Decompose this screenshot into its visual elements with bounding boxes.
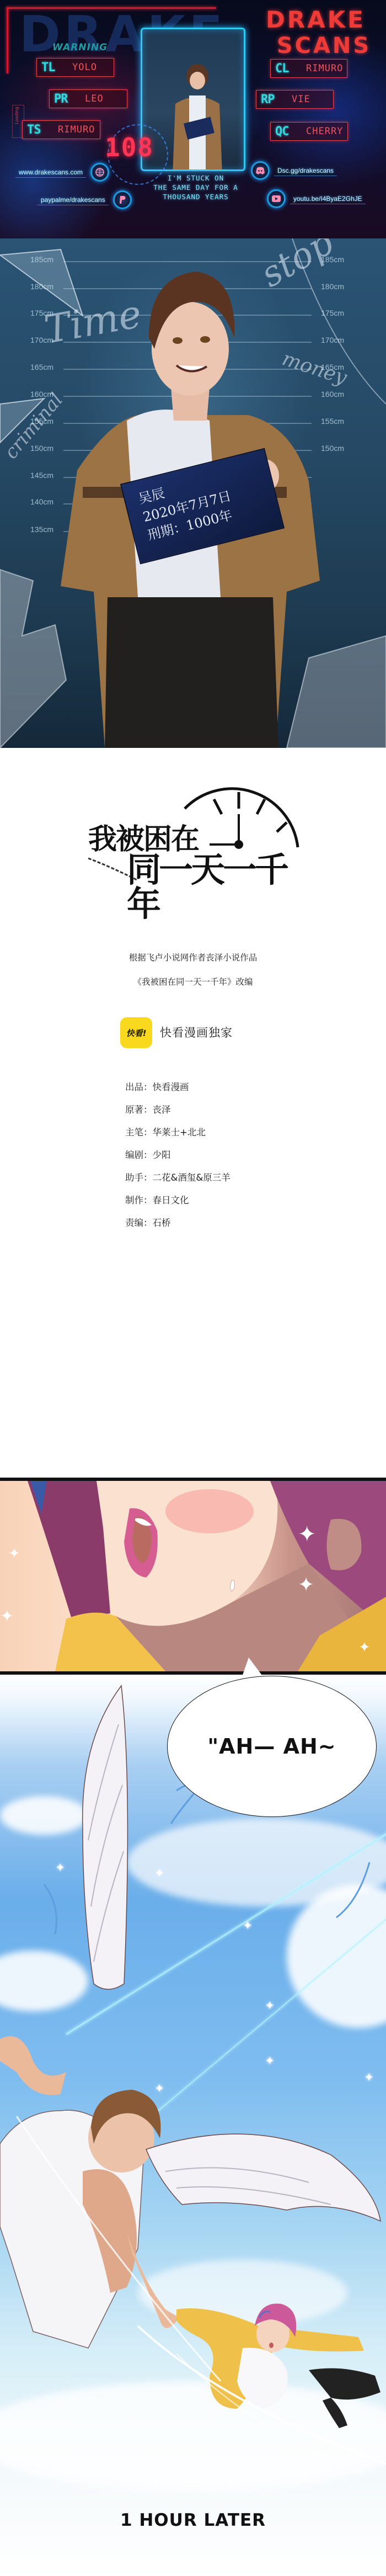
- staff-role: QC: [275, 125, 299, 139]
- credit-row: 责编：石桥: [125, 1215, 171, 1229]
- staff-credit-ts: TS RIMURO: [22, 120, 100, 139]
- discord-link-label[interactable]: Dsc.gg/drakescans: [274, 166, 337, 176]
- loading-label: Loading: [14, 107, 19, 124]
- staff-name: VIE: [292, 94, 310, 105]
- youtube-icon: [267, 189, 286, 208]
- website-link[interactable]: www.drakescans.com: [15, 163, 109, 182]
- staff-name: CHERRY: [306, 126, 343, 137]
- group-name-line1: DRAKE: [248, 8, 383, 31]
- credit-value: 丧泽: [153, 1104, 171, 1115]
- credit-role: 助手：: [125, 1172, 153, 1183]
- svg-text:✦: ✦: [298, 1522, 317, 1547]
- scanlation-banner: DRAKE WARNING Loading DRAKE SCANS TL YOL…: [0, 0, 386, 238]
- svg-text:✦: ✦: [0, 1607, 14, 1626]
- credit-value: 二花&酒玺&原三羊: [153, 1172, 230, 1183]
- credit-value: 华莱士+北北: [153, 1127, 206, 1138]
- staff-credit-cl: CL RIMURO: [270, 59, 347, 78]
- credit-role: 主笔：: [125, 1127, 153, 1138]
- closeup-illustration: ✦ ✦ ✦ ✦ ✦: [0, 1481, 386, 1671]
- staff-role: CL: [275, 62, 299, 76]
- staff-credit-tl: TL YOLO: [36, 58, 114, 77]
- credit-role: 出品：: [125, 1082, 153, 1092]
- youtube-link-label[interactable]: youtu.be/I4ByaE2GhJE: [290, 194, 366, 204]
- discord-icon: [251, 161, 270, 180]
- staff-credit-pr: PR LEO: [49, 89, 127, 108]
- globe-icon: [90, 163, 109, 182]
- credit-role: 原著：: [125, 1104, 153, 1115]
- logo-line-2: 同一天一千年: [127, 853, 309, 921]
- staff-credit-qc: QC CHERRY: [270, 122, 348, 141]
- staff-name: LEO: [85, 93, 104, 104]
- staff-role: RP: [261, 93, 285, 107]
- flying-characters-illustration: [0, 1675, 386, 2576]
- svg-text:✦: ✦: [358, 1639, 371, 1656]
- subtitle-line: THE SAME DAY FOR A: [146, 183, 245, 192]
- credit-role: 制作：: [125, 1195, 153, 1205]
- credit-value: 快看漫画: [153, 1082, 189, 1092]
- speech-bubble-text: "AH— AH~: [207, 1734, 336, 1759]
- source-line-2: 《我被困在同一天一千年》改编: [0, 975, 386, 987]
- time-skip-caption: 1 HOUR LATER: [0, 2510, 386, 2530]
- chapter-number: 108: [105, 132, 154, 162]
- staff-role: TL: [41, 61, 66, 75]
- staff-name: RIMURO: [58, 124, 95, 135]
- group-logo: DRAKE SCANS: [248, 8, 383, 57]
- subtitle-line: THOUSAND YEARS: [146, 192, 245, 201]
- credit-value: 石桥: [153, 1218, 171, 1228]
- staff-role: PR: [54, 92, 78, 106]
- paypal-link-label[interactable]: paypalme/drakescans: [37, 195, 109, 205]
- frame-line: [7, 7, 8, 73]
- series-subtitle: I'M STUCK ON THE SAME DAY FOR A THOUSAND…: [146, 173, 245, 201]
- youtube-link[interactable]: youtu.be/I4ByaE2GhJE: [267, 189, 366, 208]
- source-line-1: 根据飞卢小说网作者丧泽小说作品: [0, 951, 386, 963]
- paypal-icon: [113, 190, 132, 209]
- website-link-label[interactable]: www.drakescans.com: [15, 167, 86, 178]
- credit-row: 制作：春日文化: [125, 1193, 189, 1206]
- svg-text:✦: ✦: [298, 1574, 314, 1596]
- staff-name: YOLO: [72, 62, 97, 73]
- staff-credit-rp: RP VIE: [256, 90, 334, 109]
- character-thumbnail: [170, 60, 225, 171]
- credit-value: 少阳: [153, 1150, 171, 1160]
- credit-row: 出品：快看漫画: [125, 1080, 189, 1093]
- kuaikan-logo-badge: 快看!: [120, 1017, 152, 1048]
- credit-role: 责编：: [125, 1218, 153, 1228]
- subtitle-line: I'M STUCK ON: [146, 173, 245, 183]
- comic-panel-sky: ✦ ✦ ✦ ✦ ✦ ✦ ✦ ✦: [0, 1675, 386, 2576]
- series-logo: 我被困在 同一天一千年: [77, 770, 309, 894]
- credit-row: 助手：二花&酒玺&原三羊: [125, 1170, 230, 1183]
- publisher-exclusive-label: 快看漫画独家: [160, 1024, 233, 1040]
- staff-role: TS: [27, 123, 51, 137]
- credit-row: 编剧：少阳: [125, 1148, 171, 1161]
- credit-role: 编剧：: [125, 1150, 153, 1160]
- comic-panel-closeup: ✦ ✦ ✦ ✦ ✦: [0, 1478, 386, 1675]
- credit-value: 春日文化: [153, 1195, 189, 1205]
- discord-link[interactable]: Dsc.gg/drakescans: [251, 161, 337, 180]
- staff-name: RIMURO: [306, 63, 343, 74]
- group-name-line2: SCANS: [248, 35, 383, 57]
- svg-text:✦: ✦: [8, 1545, 20, 1562]
- credit-row: 主笔：华莱士+北北: [125, 1125, 206, 1138]
- cover-art-panel: 185cm 180cm 175cm 170cm 165cm 160cm 155c…: [0, 238, 386, 748]
- credit-row: 原著：丧泽: [125, 1102, 171, 1116]
- warning-label: WARNING: [52, 42, 108, 53]
- speech-bubble: "AH— AH~: [167, 1676, 377, 1817]
- paypal-link[interactable]: paypalme/drakescans: [37, 190, 132, 209]
